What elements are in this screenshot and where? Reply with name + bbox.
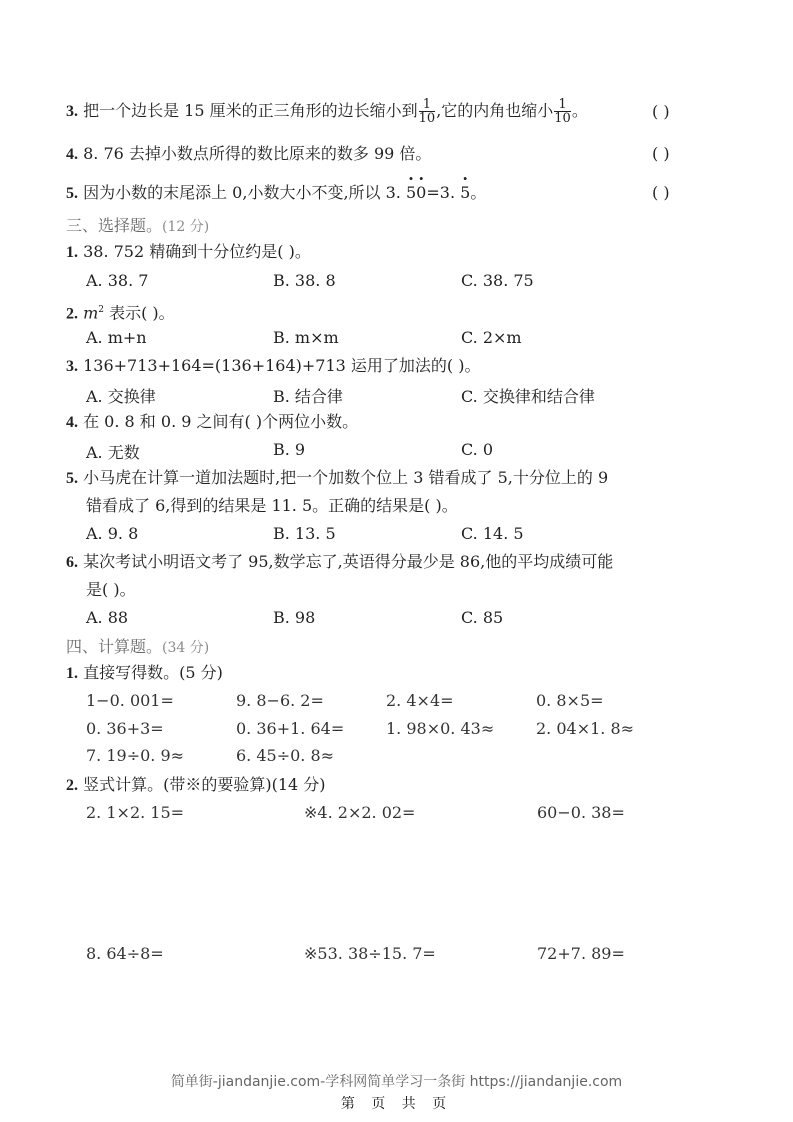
- section-heading-calc: 四、计算题。(34 分): [66, 634, 209, 657]
- vertical-calc-item: ※4. 2×2. 02=: [304, 803, 415, 822]
- calc-item: 0. 36+3=: [86, 719, 164, 738]
- section-title: 四、计算题。: [66, 637, 162, 656]
- option-b[interactable]: B. 9: [273, 440, 305, 459]
- item-number: 1.: [66, 244, 78, 261]
- vertical-calc-item: ※53. 38÷15. 7=: [304, 944, 436, 963]
- question-stem: 某次考试小明语文考了 95,数学忘了,英语得分最少是 86,他的平均成绩可能: [83, 552, 613, 571]
- section-title: 三、选择题。: [66, 216, 162, 235]
- vertical-calc-item: 60−0. 38=: [537, 803, 625, 822]
- option-a[interactable]: A. 88: [86, 608, 128, 627]
- item-number: 4.: [66, 146, 78, 163]
- question-title: 直接写得数。(5 分): [83, 663, 223, 682]
- judge-item-5: 5. 因为小数的末尾添上 0,小数大小不变,所以 3. 50=3. 5。: [66, 183, 486, 204]
- calc-item: 9. 8−6. 2=: [236, 691, 324, 710]
- repeating-digit: 5: [406, 183, 416, 203]
- vertical-calc-item: 72+7. 89=: [537, 944, 625, 963]
- item-text-b: =3.: [426, 183, 460, 202]
- option-c[interactable]: C. 85: [461, 608, 503, 627]
- choice-question-5: 5. 小马虎在计算一道加法题时,把一个加数个位上 3 错看成了 5,十分位上的 …: [66, 468, 608, 489]
- choice-question-3: 3. 136+713+164=(136+164)+713 运用了加法的( )。: [66, 356, 481, 377]
- option-b[interactable]: B. 结合律: [273, 384, 343, 407]
- option-a[interactable]: A. 无数: [86, 440, 140, 463]
- item-number: 1.: [66, 665, 78, 682]
- question-stem: 136+713+164=(136+164)+713 运用了加法的( )。: [83, 356, 480, 375]
- question-stem-continued: 错看成了 6,得到的结果是 11. 5。正确的结果是( )。: [86, 496, 458, 516]
- choice-question-2: 2. m2 表示( )。: [66, 300, 175, 324]
- section-points: (34 分): [162, 640, 209, 656]
- page-indicator: 第 页 共 页: [0, 1093, 793, 1113]
- question-stem: 小马虎在计算一道加法题时,把一个加数个位上 3 错看成了 5,十分位上的 9: [83, 468, 608, 487]
- calc-question-2: 2. 竖式计算。(带※的要验算)(14 分): [66, 775, 326, 796]
- answer-paren[interactable]: ( ): [652, 102, 670, 121]
- option-c[interactable]: C. 交换律和结合律: [461, 384, 595, 407]
- item-number: 5.: [66, 470, 78, 487]
- item-text: 把一个边长是 15 厘米的正三角形的边长缩小到: [83, 101, 418, 120]
- vertical-calc-item: 8. 64÷8=: [86, 944, 164, 963]
- item-text-c: 。: [470, 183, 486, 202]
- choice-question-6: 6. 某次考试小明语文考了 95,数学忘了,英语得分最少是 86,他的平均成绩可…: [66, 552, 613, 573]
- footer-site-text: 简单街-jiandanjie.com-学科网简单学习一条街 https://ji…: [0, 1071, 793, 1091]
- section-points: (12 分): [162, 219, 209, 235]
- calc-item: 1−0. 001=: [86, 691, 174, 710]
- option-a[interactable]: A. 9. 8: [86, 524, 138, 543]
- item-number: 4.: [66, 414, 78, 431]
- item-text-b: ,它的内角也缩小: [436, 101, 553, 120]
- section-heading-choice: 三、选择题。(12 分): [66, 213, 209, 236]
- question-stem: 表示( )。: [104, 303, 175, 322]
- item-text: 8. 76 去掉小数点所得的数比原来的数多 99 倍。: [83, 144, 431, 163]
- calc-item: 2. 4×4=: [386, 691, 454, 710]
- option-b[interactable]: B. m×m: [273, 328, 339, 347]
- vertical-calc-item: 2. 1×2. 15=: [86, 803, 184, 822]
- option-b[interactable]: B. 38. 8: [273, 271, 336, 290]
- calc-item: 1. 98×0. 43≈: [386, 719, 494, 738]
- answer-paren[interactable]: ( ): [652, 144, 670, 163]
- item-number: 2.: [66, 305, 78, 322]
- calc-item: 7. 19÷0. 9≈: [86, 746, 184, 765]
- calc-item: 2. 04×1. 8≈: [536, 719, 634, 738]
- fraction: 110: [554, 98, 571, 125]
- option-c[interactable]: C. 0: [461, 440, 493, 459]
- option-a[interactable]: A. 交换律: [86, 384, 156, 407]
- item-number: 3.: [66, 358, 78, 375]
- option-b[interactable]: B. 98: [273, 608, 315, 627]
- option-c[interactable]: C. 2×m: [461, 328, 522, 347]
- option-a[interactable]: A. m+n: [86, 328, 147, 347]
- fraction: 110: [419, 98, 436, 125]
- option-c[interactable]: C. 14. 5: [461, 524, 524, 543]
- item-text: 因为小数的末尾添上 0,小数大小不变,所以 3.: [83, 183, 406, 202]
- choice-question-1: 1. 38. 752 精确到十分位约是( )。: [66, 242, 311, 263]
- option-b[interactable]: B. 13. 5: [273, 524, 336, 543]
- repeating-digit: 5: [460, 183, 470, 203]
- item-text-c: 。: [572, 101, 588, 120]
- calc-item: 0. 8×5=: [536, 691, 604, 710]
- item-number: 2.: [66, 777, 78, 794]
- question-stem: 在 0. 8 和 0. 9 之间有( )个两位小数。: [83, 412, 358, 431]
- answer-paren[interactable]: ( ): [652, 183, 670, 202]
- calc-item: 0. 36+1. 64=: [236, 719, 344, 738]
- calc-item: 6. 45÷0. 8≈: [236, 746, 334, 765]
- judge-item-4: 4. 8. 76 去掉小数点所得的数比原来的数多 99 倍。: [66, 144, 431, 165]
- option-a[interactable]: A. 38. 7: [86, 271, 148, 290]
- item-number: 5.: [66, 185, 78, 202]
- repeating-digit: 0: [416, 183, 426, 203]
- question-title: 竖式计算。(带※的要验算)(14 分): [83, 775, 325, 794]
- option-c[interactable]: C. 38. 75: [461, 271, 534, 290]
- item-number: 3.: [66, 103, 78, 120]
- question-stem-continued: 是( )。: [86, 580, 136, 600]
- question-stem: 38. 752 精确到十分位约是( )。: [83, 242, 311, 261]
- calc-question-1: 1. 直接写得数。(5 分): [66, 663, 223, 684]
- item-number: 6.: [66, 554, 78, 571]
- variable: m: [83, 303, 98, 322]
- choice-question-4: 4. 在 0. 8 和 0. 9 之间有( )个两位小数。: [66, 412, 358, 433]
- judge-item-3: 3. 把一个边长是 15 厘米的正三角形的边长缩小到110,它的内角也缩小110…: [66, 98, 588, 125]
